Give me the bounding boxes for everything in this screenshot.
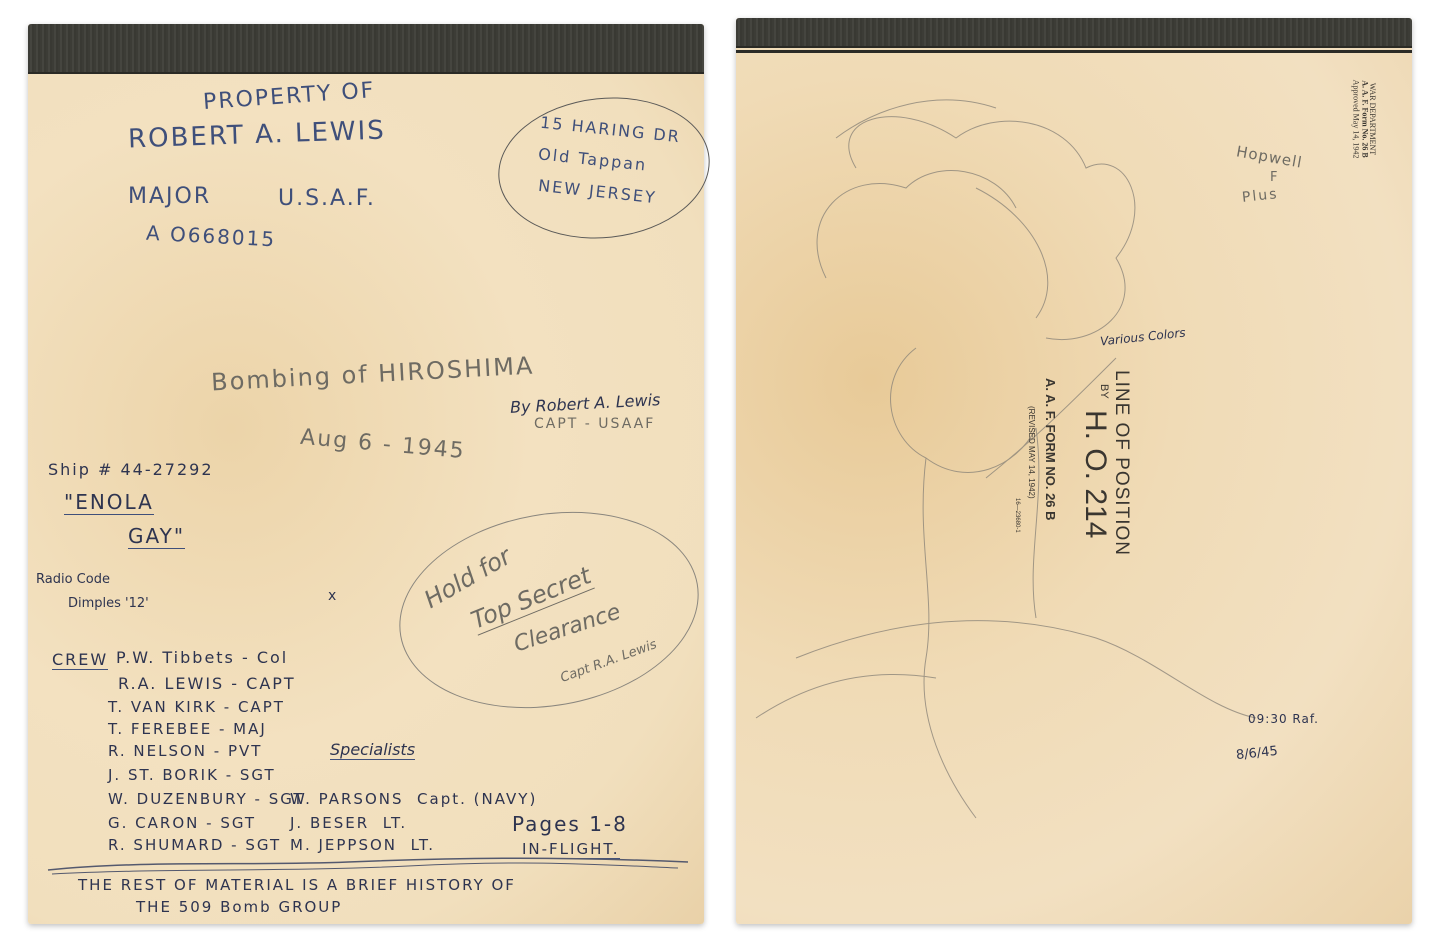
form-by: BY xyxy=(1098,384,1110,399)
form-revised: (REVISED MAY 14, 1942) xyxy=(1027,406,1036,499)
footer-note-line-2: THE 509 Bomb GROUP xyxy=(136,898,342,916)
dept-line-3: Approved May 14, 1942 xyxy=(1350,80,1360,159)
pencil-note-line-2: F xyxy=(1270,170,1279,185)
pencil-sketch xyxy=(736,18,1412,924)
dept-line-2: A. A. F. Form No. 26 B xyxy=(1360,80,1370,157)
back-cover: WAR DEPARTMENT A. A. F. Form No. 26 B Ap… xyxy=(736,18,1412,924)
form-title: LINE OF POSITION xyxy=(1110,370,1132,556)
divider-scribble xyxy=(28,24,704,924)
print-code: 16—23680-1 xyxy=(1014,498,1020,533)
footer-note-line-1: THE REST OF MATERIAL IS A BRIEF HISTORY … xyxy=(78,876,516,894)
form-ho-number: H. O. 214 xyxy=(1078,410,1112,538)
time-note: 09:30 Raf. xyxy=(1248,712,1319,726)
front-cover: PROPERTY OF ROBERT A. LEWIS MAJOR U.S.A.… xyxy=(28,24,704,924)
form-number: A. A. F. FORM NO. 26 B xyxy=(1043,378,1058,521)
